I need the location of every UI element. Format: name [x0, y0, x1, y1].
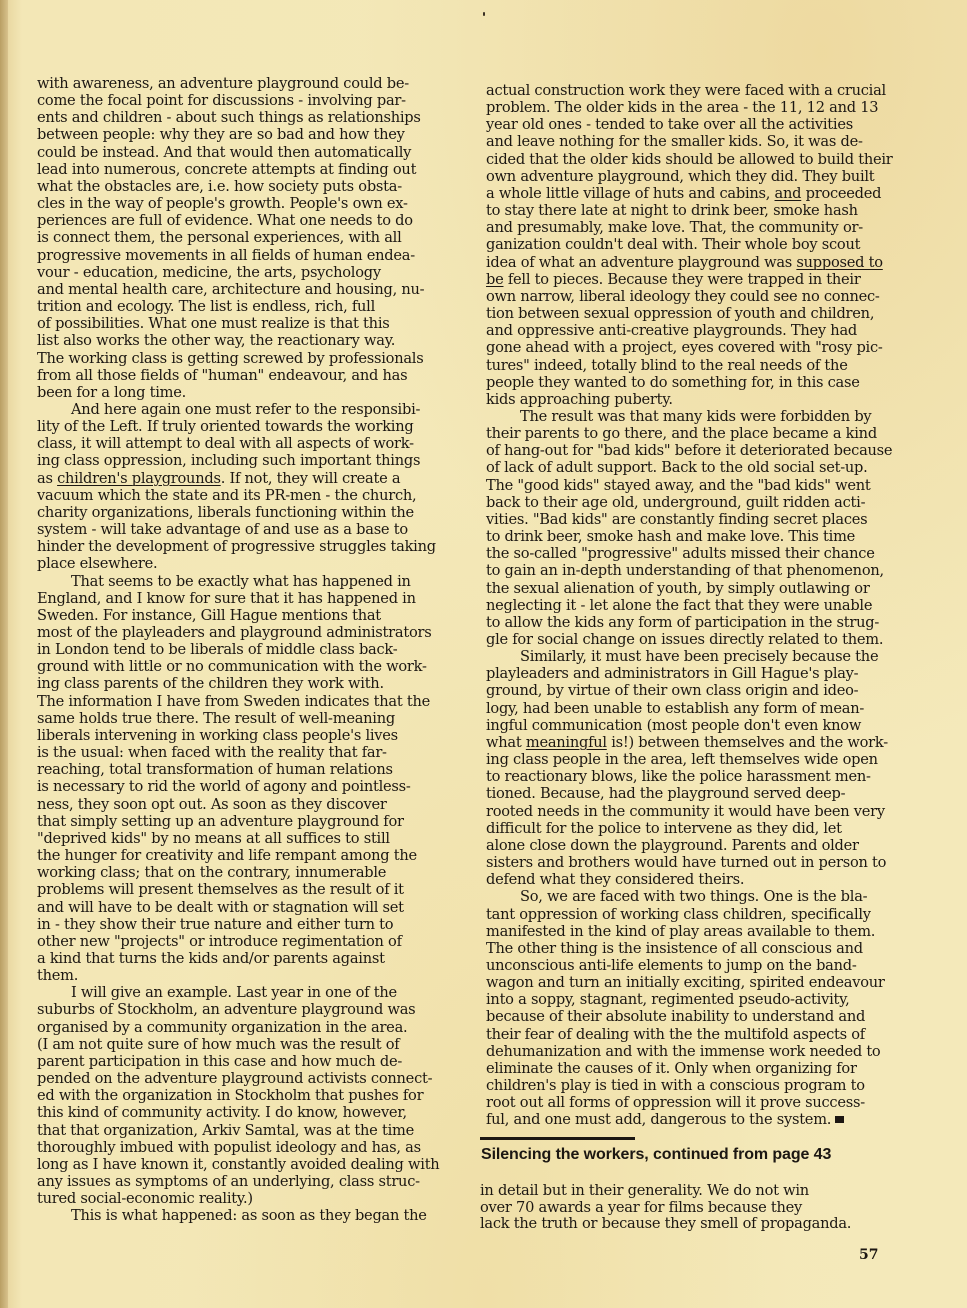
underlined-phrase: and [775, 185, 802, 202]
text-line: to gain an in-depth understanding of tha… [486, 562, 931, 579]
text-line: progressive movements in all fields of h… [37, 247, 457, 264]
text-line: problem. The older kids in the area - th… [486, 99, 931, 116]
text-line: "deprived kids" by no means at all suffi… [37, 830, 457, 847]
text-line: manifested in the kind of play areas ava… [486, 923, 931, 940]
text-line: actual construction work they were faced… [486, 82, 931, 99]
text-line: The "good kids" stayed away, and the "ba… [486, 477, 931, 494]
text-line: organised by a community organization in… [37, 1019, 457, 1036]
text-line: as children's playgrounds. If not, they … [37, 470, 457, 487]
text-line: lead into numerous, concrete attempts at… [37, 161, 457, 178]
text-line: cles in the way of people's growth. Peop… [37, 195, 457, 212]
text-line: Sweden. For instance, Gill Hague mention… [37, 607, 457, 624]
text-line: ing class people in the area, left thems… [486, 751, 931, 768]
text-line: lack the truth or because they smell of … [480, 1216, 920, 1233]
text-line: periences are full of evidence. What one… [37, 212, 457, 229]
text-line: tured social-economic reality.) [37, 1190, 457, 1207]
text-fragment: is!) between themselves and the work- [607, 734, 888, 751]
left-column: with awareness, an adventure playground … [37, 75, 457, 1224]
text-line: gone ahead with a project, eyes covered … [486, 339, 931, 356]
text-line: England, and I know for sure that it has… [37, 590, 457, 607]
text-line: in London tend to be liberals of middle … [37, 641, 457, 658]
text-fragment: ful, and one must add, dangerous to the … [486, 1111, 831, 1128]
continuation-text: in detail but in their generality. We do… [480, 1183, 920, 1233]
text-line: other new "projects" or introduce regime… [37, 933, 457, 950]
text-line: suburbs of Stockholm, an adventure playg… [37, 1001, 457, 1018]
text-line: lity of the Left. If truly oriented towa… [37, 418, 457, 435]
text-line: them. [37, 967, 457, 984]
text-line: a whole little village of huts and cabin… [486, 185, 931, 202]
text-line: reaching, total transformation of human … [37, 761, 457, 778]
text-line: this kind of community activity. I do kn… [37, 1104, 457, 1121]
text-line: of possibilities. What one must realize … [37, 315, 457, 332]
paragraph-start-line: So, we are faced with two things. One is… [486, 888, 931, 905]
text-line: and mental health care, architecture and… [37, 281, 457, 298]
text-line: vities. "Bad kids" are constantly findin… [486, 511, 931, 528]
text-line: the sexual alienation of youth, by simpl… [486, 580, 931, 597]
text-line: dehumanization and with the immense work… [486, 1043, 931, 1060]
page-number: 57 [859, 1247, 878, 1263]
text-line: from all those fields of "human" endeavo… [37, 367, 457, 384]
text-line: could be instead. And that would then au… [37, 144, 457, 161]
text-line: their parents to go there, and the place… [486, 425, 931, 442]
text-line: hinder the development of progressive st… [37, 538, 457, 555]
text-line: be fell to pieces. Because they were tra… [486, 271, 931, 288]
text-line: unconscious anti-life elements to jump o… [486, 957, 931, 974]
text-fragment: . If not, they will create a [221, 470, 401, 487]
text-line: liberals intervening in working class pe… [37, 727, 457, 744]
text-line: to reactionary blows, like the police ha… [486, 768, 931, 785]
text-line: defend what they considered theirs. [486, 871, 931, 888]
text-line: ed with the organization in Stockholm th… [37, 1087, 457, 1104]
print-speck [483, 12, 485, 16]
text-line: year old ones - tended to take over all … [486, 116, 931, 133]
paragraph-start-line: And here again one must refer to the res… [37, 401, 457, 418]
text-line: most of the playleaders and playground a… [37, 624, 457, 641]
text-fragment: as [37, 470, 57, 487]
text-line: trition and ecology. The list is endless… [37, 298, 457, 315]
text-line: problems will present themselves as the … [37, 881, 457, 898]
text-line: with awareness, an adventure playground … [37, 75, 457, 92]
text-line: working class; that on the contrary, inn… [37, 864, 457, 881]
text-line: ing class parents of the children they w… [37, 675, 457, 692]
text-fragment: a whole little village of huts and cabin… [486, 185, 775, 202]
paragraph-start-line: This is what happened: as soon as they b… [37, 1207, 457, 1224]
text-line: vacuum which the state and its PR-men - … [37, 487, 457, 504]
text-line: because of their absolute inability to u… [486, 1008, 931, 1025]
text-line: ground, by virtue of their own class ori… [486, 682, 931, 699]
text-line: thoroughly imbued with populist ideology… [37, 1139, 457, 1156]
text-line: to stay there late at night to drink bee… [486, 202, 931, 219]
text-line: pended on the adventure playground activ… [37, 1070, 457, 1087]
section-divider-rule [480, 1137, 635, 1140]
text-line: and will have to be dealt with or stagna… [37, 899, 457, 916]
text-line: tion between sexual oppression of youth … [486, 305, 931, 322]
text-line: to allow the kids any form of participat… [486, 614, 931, 631]
text-line: to drink beer, smoke hash and make love.… [486, 528, 931, 545]
text-line: eliminate the causes of it. Only when or… [486, 1060, 931, 1077]
text-line: long as I have known it, constantly avoi… [37, 1156, 457, 1173]
underlined-phrase: supposed to [796, 254, 882, 271]
text-line: is the usual: when faced with the realit… [37, 744, 457, 761]
text-line: sisters and brothers would have turned o… [486, 854, 931, 871]
continuation-heading: Silencing the workers, continued from pa… [481, 1146, 831, 1164]
underlined-phrase: meaningful [526, 734, 607, 751]
text-line: come the focal point for discussions - i… [37, 92, 457, 109]
text-line: children's play is tied in with a consci… [486, 1077, 931, 1094]
text-line: The other thing is the insistence of all… [486, 940, 931, 957]
text-line: vour - education, medicine, the arts, ps… [37, 264, 457, 281]
text-line: of lack of adult support. Back to the ol… [486, 459, 931, 476]
text-line: (I am not quite sure of how much was the… [37, 1036, 457, 1053]
text-line: rooted needs in the community it would h… [486, 803, 931, 820]
text-line: system - will take advantage of and use … [37, 521, 457, 538]
text-line: ground with little or no communication w… [37, 658, 457, 675]
text-line: of hang-out for "bad kids" before it det… [486, 442, 931, 459]
text-line: playleaders and administrators in Gill H… [486, 665, 931, 682]
text-line: own adventure playground, which they did… [486, 168, 931, 185]
text-fragment: proceeded [801, 185, 881, 202]
text-line: and oppressive anti-creative playgrounds… [486, 322, 931, 339]
text-line: in - they show their true nature and eit… [37, 916, 457, 933]
page-edge-shadow [0, 0, 8, 1308]
right-column: actual construction work they were faced… [486, 82, 931, 1129]
text-line: The information I have from Sweden indic… [37, 693, 457, 710]
text-line: been for a long time. [37, 384, 457, 401]
text-line: logy, had been unable to establish any f… [486, 700, 931, 717]
text-line: ful, and one must add, dangerous to the … [486, 1111, 931, 1128]
text-line: class, it will attempt to deal with all … [37, 435, 457, 452]
text-line: into a soppy, stagnant, regimented pseud… [486, 991, 931, 1008]
text-line: people they wanted to do something for, … [486, 374, 931, 391]
text-fragment: idea of what an adventure playground was [486, 254, 796, 271]
text-line: tioned. Because, had the playground serv… [486, 785, 931, 802]
text-line: over 70 awards a year for films because … [480, 1200, 920, 1217]
text-line: that simply setting up an adventure play… [37, 813, 457, 830]
text-line: wagon and turn an initially exciting, sp… [486, 974, 931, 991]
text-line: The working class is getting screwed by … [37, 350, 457, 367]
underlined-phrase: be [486, 271, 503, 288]
text-line: kids approaching puberty. [486, 391, 931, 408]
paragraph-start-line: The result was that many kids were forbi… [486, 408, 931, 425]
text-line: neglecting it - let alone the fact that … [486, 597, 931, 614]
paragraph-start-line: I will give an example. Last year in one… [37, 984, 457, 1001]
text-line: is connect them, the personal experience… [37, 229, 457, 246]
text-line: is necessary to rid the world of agony a… [37, 778, 457, 795]
text-line: charity organizations, liberals function… [37, 504, 457, 521]
text-line: ing class oppression, including such imp… [37, 452, 457, 469]
text-line: ents and children - about such things as… [37, 109, 457, 126]
text-line: what meaningful is!) between themselves … [486, 734, 931, 751]
text-line: difficult for the police to intervene as… [486, 820, 931, 837]
text-line: place elsewhere. [37, 555, 457, 572]
end-of-article-square-icon [835, 1116, 844, 1123]
text-line: their fear of dealing with the the multi… [486, 1026, 931, 1043]
text-line: ingful communication (most people don't … [486, 717, 931, 734]
text-line: tant oppression of working class childre… [486, 906, 931, 923]
text-line: between people: why they are so bad and … [37, 126, 457, 143]
text-line: and leave nothing for the smaller kids. … [486, 133, 931, 150]
underlined-phrase: children's playgrounds [57, 470, 221, 487]
text-line: alone close down the playground. Parents… [486, 837, 931, 854]
text-line: root out all forms of oppression will it… [486, 1094, 931, 1111]
text-line: any issues as symptoms of an underlying,… [37, 1173, 457, 1190]
text-line: cided that the older kids should be allo… [486, 151, 931, 168]
text-line: idea of what an adventure playground was… [486, 254, 931, 271]
text-line: and presumably, make love. That, the com… [486, 219, 931, 236]
paragraph-start-line: Similarly, it must have been precisely b… [486, 648, 931, 665]
text-line: ganization couldn't deal with. Their who… [486, 236, 931, 253]
text-line: the so-called "progressive" adults misse… [486, 545, 931, 562]
text-line: a kind that turns the kids and/or parent… [37, 950, 457, 967]
text-line: own narrow, liberal ideology they could … [486, 288, 931, 305]
text-line: parent participation in this case and ho… [37, 1053, 457, 1070]
text-line: the hunger for creativity and life rempa… [37, 847, 457, 864]
text-line: what the obstacles are, i.e. how society… [37, 178, 457, 195]
text-fragment: fell to pieces. Because they were trappe… [503, 271, 860, 288]
paragraph-start-line: That seems to be exactly what has happen… [37, 573, 457, 590]
text-line: gle for social change on issues directly… [486, 631, 931, 648]
text-line: tures" indeed, totally blind to the real… [486, 357, 931, 374]
text-line: ness, they soon opt out. As soon as they… [37, 796, 457, 813]
text-fragment: what [486, 734, 526, 751]
text-line: list also works the other way, the react… [37, 332, 457, 349]
text-line: in detail but in their generality. We do… [480, 1183, 920, 1200]
text-line: that that organization, Arkiv Samtal, wa… [37, 1122, 457, 1139]
text-line: back to their age old, underground, guil… [486, 494, 931, 511]
text-line: same holds true there. The result of wel… [37, 710, 457, 727]
